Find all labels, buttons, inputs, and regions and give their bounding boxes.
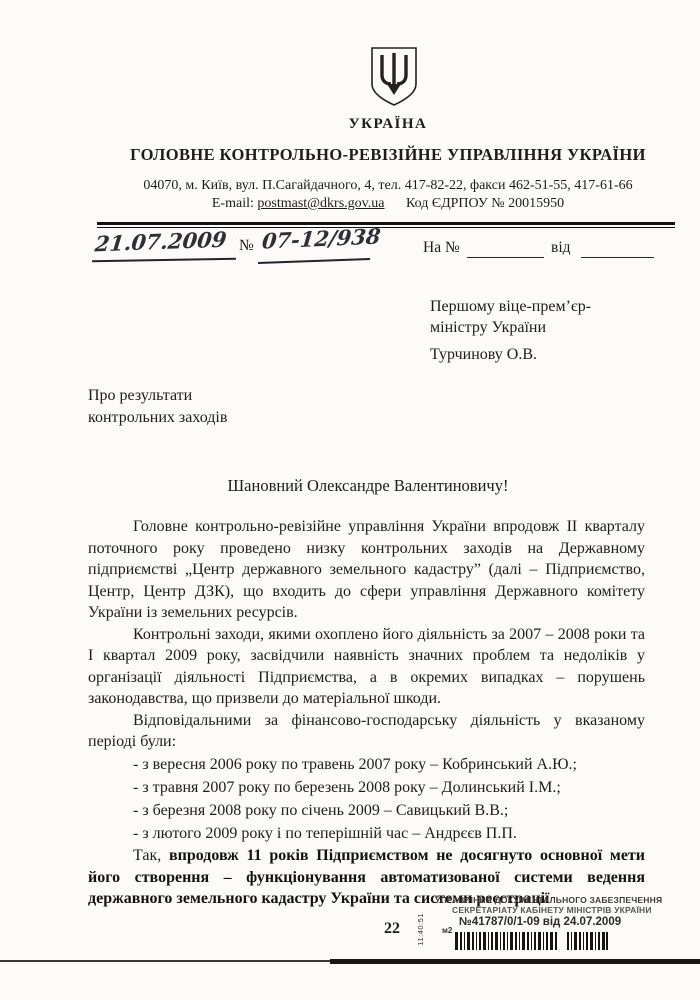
responsible-list-item: - з травня 2007 року по березень 2008 ро… [88, 776, 645, 799]
subject-line1: Про результати [88, 385, 227, 407]
bottom-scan-line-thick [330, 959, 700, 964]
letterhead: УКРАЇНА ГОЛОВНЕ КОНТРОЛЬНО-РЕВІЗІЙНЕ УПР… [0, 116, 700, 212]
number-sign: № [239, 237, 254, 255]
email-label: E-mail: [212, 196, 254, 211]
reply-date-blank-line [581, 257, 654, 258]
letter-body: Головне контрольно-ревізійне управління … [88, 516, 645, 910]
subject-line2: контрольних заходів [88, 407, 227, 429]
m2-mark: м2 [442, 926, 452, 935]
edrpou-code: Код ЄДРПОУ № 20015950 [406, 196, 564, 211]
fax-time-vertical: 11:40:51 [416, 913, 425, 946]
body-paragraph-1: Головне контрольно-ревізійне управління … [88, 516, 645, 624]
number-underline [258, 258, 370, 264]
handwritten-outgoing-number: 07-12/938 [261, 223, 382, 253]
subject-block: Про результати контрольних заходів [88, 385, 227, 429]
document-page: УКРАЇНА ГОЛОВНЕ КОНТРОЛЬНО-РЕВІЗІЙНЕ УПР… [0, 0, 700, 1000]
responsible-list-item: - з березня 2008 року по січень 2009 – С… [88, 799, 645, 822]
date-underline [92, 258, 236, 262]
responsible-list-item: - з лютого 2009 року і по теперішній час… [88, 822, 645, 845]
addressee-block: Першому віце-прем’єр- міністру України Т… [430, 296, 591, 365]
organization-name: ГОЛОВНЕ КОНТРОЛЬНО-РЕВІЗІЙНЕ УПРАВЛІННЯ … [76, 145, 700, 165]
responsible-list-item: - з вересня 2006 року по травень 2007 ро… [88, 753, 645, 776]
addressee-line2: міністру України [430, 317, 591, 338]
ukraine-trident-icon [367, 46, 421, 110]
body-paragraph-2: Контрольні заходи, якими охоплено його д… [88, 624, 645, 710]
reply-number-blank-line [467, 257, 544, 258]
registration-stamp-line2: СЕКРЕТАРІАТУ КАБІНЕТУ МІНІСТРІВ УКРАЇНИ [452, 905, 642, 915]
paragraph4-lead: Так, [133, 847, 169, 864]
reply-to-label: На № [423, 239, 460, 257]
registration-stamp-number: №41787/0/1-09 від 24.07.2009 [459, 916, 621, 928]
organization-address: 04070, м. Київ, вул. П.Сагайдачного, 4, … [76, 178, 700, 194]
addressee-name: Турчинову О.В. [430, 344, 591, 365]
body-paragraph-3: Відповідальними за фінансово-господарськ… [88, 710, 645, 753]
salutation: Шановний Олександре Валентиновичу! [88, 476, 648, 496]
addressee-line1: Першому віце-прем’єр- [430, 296, 591, 317]
header-rule-top [97, 222, 675, 225]
email-value: postmast@dkrs.gov.ua [257, 196, 384, 211]
registration-stamp-line1: УПРАВЛІННЯ ДОКУМЕНТАЛЬНОГО ЗАБЕЗПЕЧЕННЯ [435, 895, 650, 905]
barcode [455, 932, 610, 950]
contact-row: E-mail: postmast@dkrs.gov.ua Код ЄДРПОУ … [76, 196, 700, 212]
page-number: 22 [384, 920, 400, 938]
handwritten-date: 21.07.2009 [94, 227, 228, 257]
reply-date-label: від [551, 239, 571, 257]
country-title: УКРАЇНА [76, 116, 700, 133]
